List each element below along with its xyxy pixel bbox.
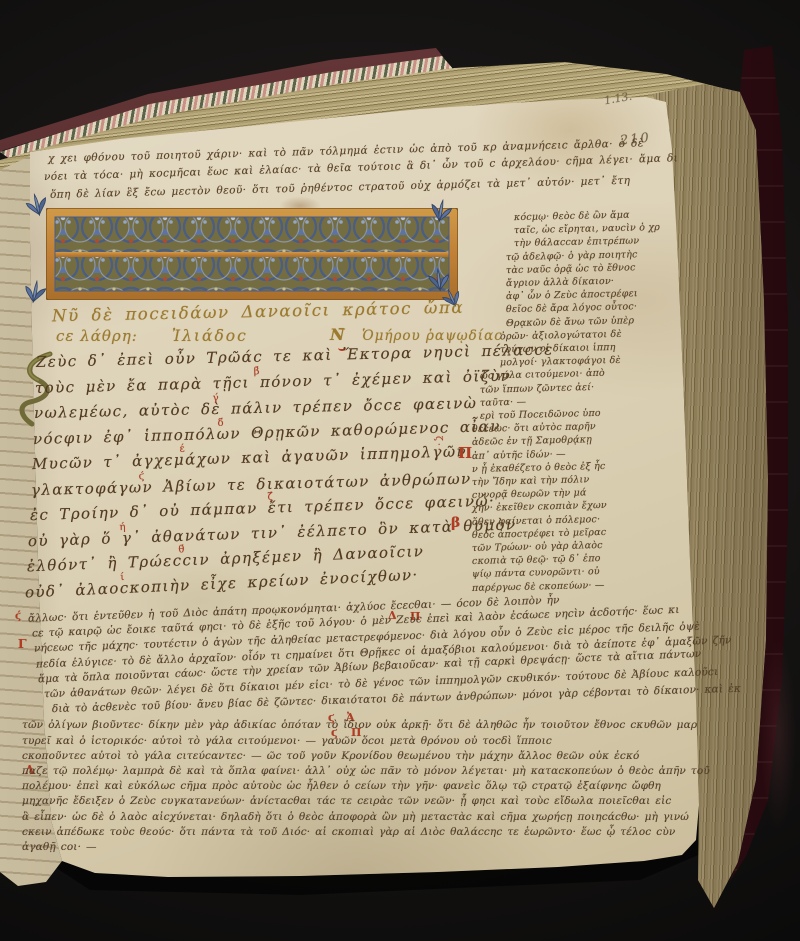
corner-flower-icon: [22, 278, 48, 305]
headpiece-ornament: [46, 208, 458, 300]
rubric-initial: Π: [458, 444, 472, 462]
manuscript-text-line: τυρεῖ καὶ ὁ ἱϲτορικόϲ· αὐτοὶ τὸ γάλα ϲιτ…: [22, 734, 712, 749]
rubric-initial: ϛ́: [15, 611, 21, 622]
verse-number: έ: [179, 437, 185, 463]
manuscript-text-line: ἀγαθῇ ϲοι· —: [22, 840, 712, 855]
margin-siglum: ζ··: [433, 436, 443, 453]
margin-scholia-column: ζ·· Π β κόϲμῳ· θεὸϲ δὲ ὢν ἅμα ταῖϲ, ὡϲ ε…: [470, 212, 660, 595]
book-title: Ἰλιάδοϲ: [172, 327, 248, 345]
verse-number: δ́: [217, 410, 224, 436]
corner-flower-icon: [428, 197, 454, 224]
verse-number: θ́: [178, 537, 185, 563]
rubric-initial: Γ: [18, 637, 27, 651]
book-number: Ν̄: [330, 325, 345, 344]
verse-number: ζ́: [267, 485, 273, 511]
top-commentary-block: χ χει φθόνου τοῦ ποιητοῦ χάριν· καὶ τὸ π…: [44, 150, 664, 204]
photo-background: 1.13. 210 χ χει φθόνου τοῦ ποιητοῦ χάριν…: [0, 0, 800, 941]
manuscript-text-line: ϲκειν ἀπέδωκε τοὺϲ θεούϲ· ὅτι πάντα τὰ τ…: [22, 825, 712, 840]
verse-number: ή: [119, 514, 126, 540]
verse-number: β́: [253, 359, 259, 385]
lower-scholia-block: ϛ́ Γ Λ Δ Π ϛ Ἀ ϛ Π ἄλλωϲ· ὅτι ἐντεῦθεν ἡ…: [22, 612, 712, 855]
manuscript-text-line: παζε τῷ πολέμῳ· λαμπρὰ δὲ καὶ τὰ ὅπλα φα…: [22, 764, 712, 779]
manuscript-text-line: τῶν ὀλίγων βιοῦντεϲ· δίκην μὲν γὰρ ἀδικί…: [22, 718, 712, 733]
verse-number: γ́: [212, 386, 219, 412]
main-text-block: Ζεὺϲ δ᾽ ἐπεὶ οὖν Τρῶάϲ τε καὶ Ἕκτορα νηυ…: [36, 350, 456, 605]
manuscript-text-line: ϲκοποῦντεϲ αὐτοὶ τὸ γάλα ϲιτεύϲαντεϲ· — …: [22, 749, 712, 764]
manuscript-text-line: πολέμου· ἐπεὶ καὶ εὐκόλωϲ ϲῆμα πρὸϲ αὐτο…: [22, 779, 712, 794]
rubric-initial: β: [451, 515, 460, 531]
verse-number: ϛ́: [138, 464, 144, 490]
manuscript-text-line: μηχανῆϲ ἔδειξεν ὁ Ζεὺϲ ϲυγκατανεύων· ἀνί…: [22, 794, 712, 809]
book-epigram-continuation: ϲε λάθρη:: [56, 327, 138, 345]
manuscript-text-line: ἃ εἶπεν· ὡϲ δὲ ὁ λαὸϲ αἰϲχύνεται· δηλαδὴ…: [22, 810, 712, 825]
cover-reflection: [760, 640, 796, 830]
